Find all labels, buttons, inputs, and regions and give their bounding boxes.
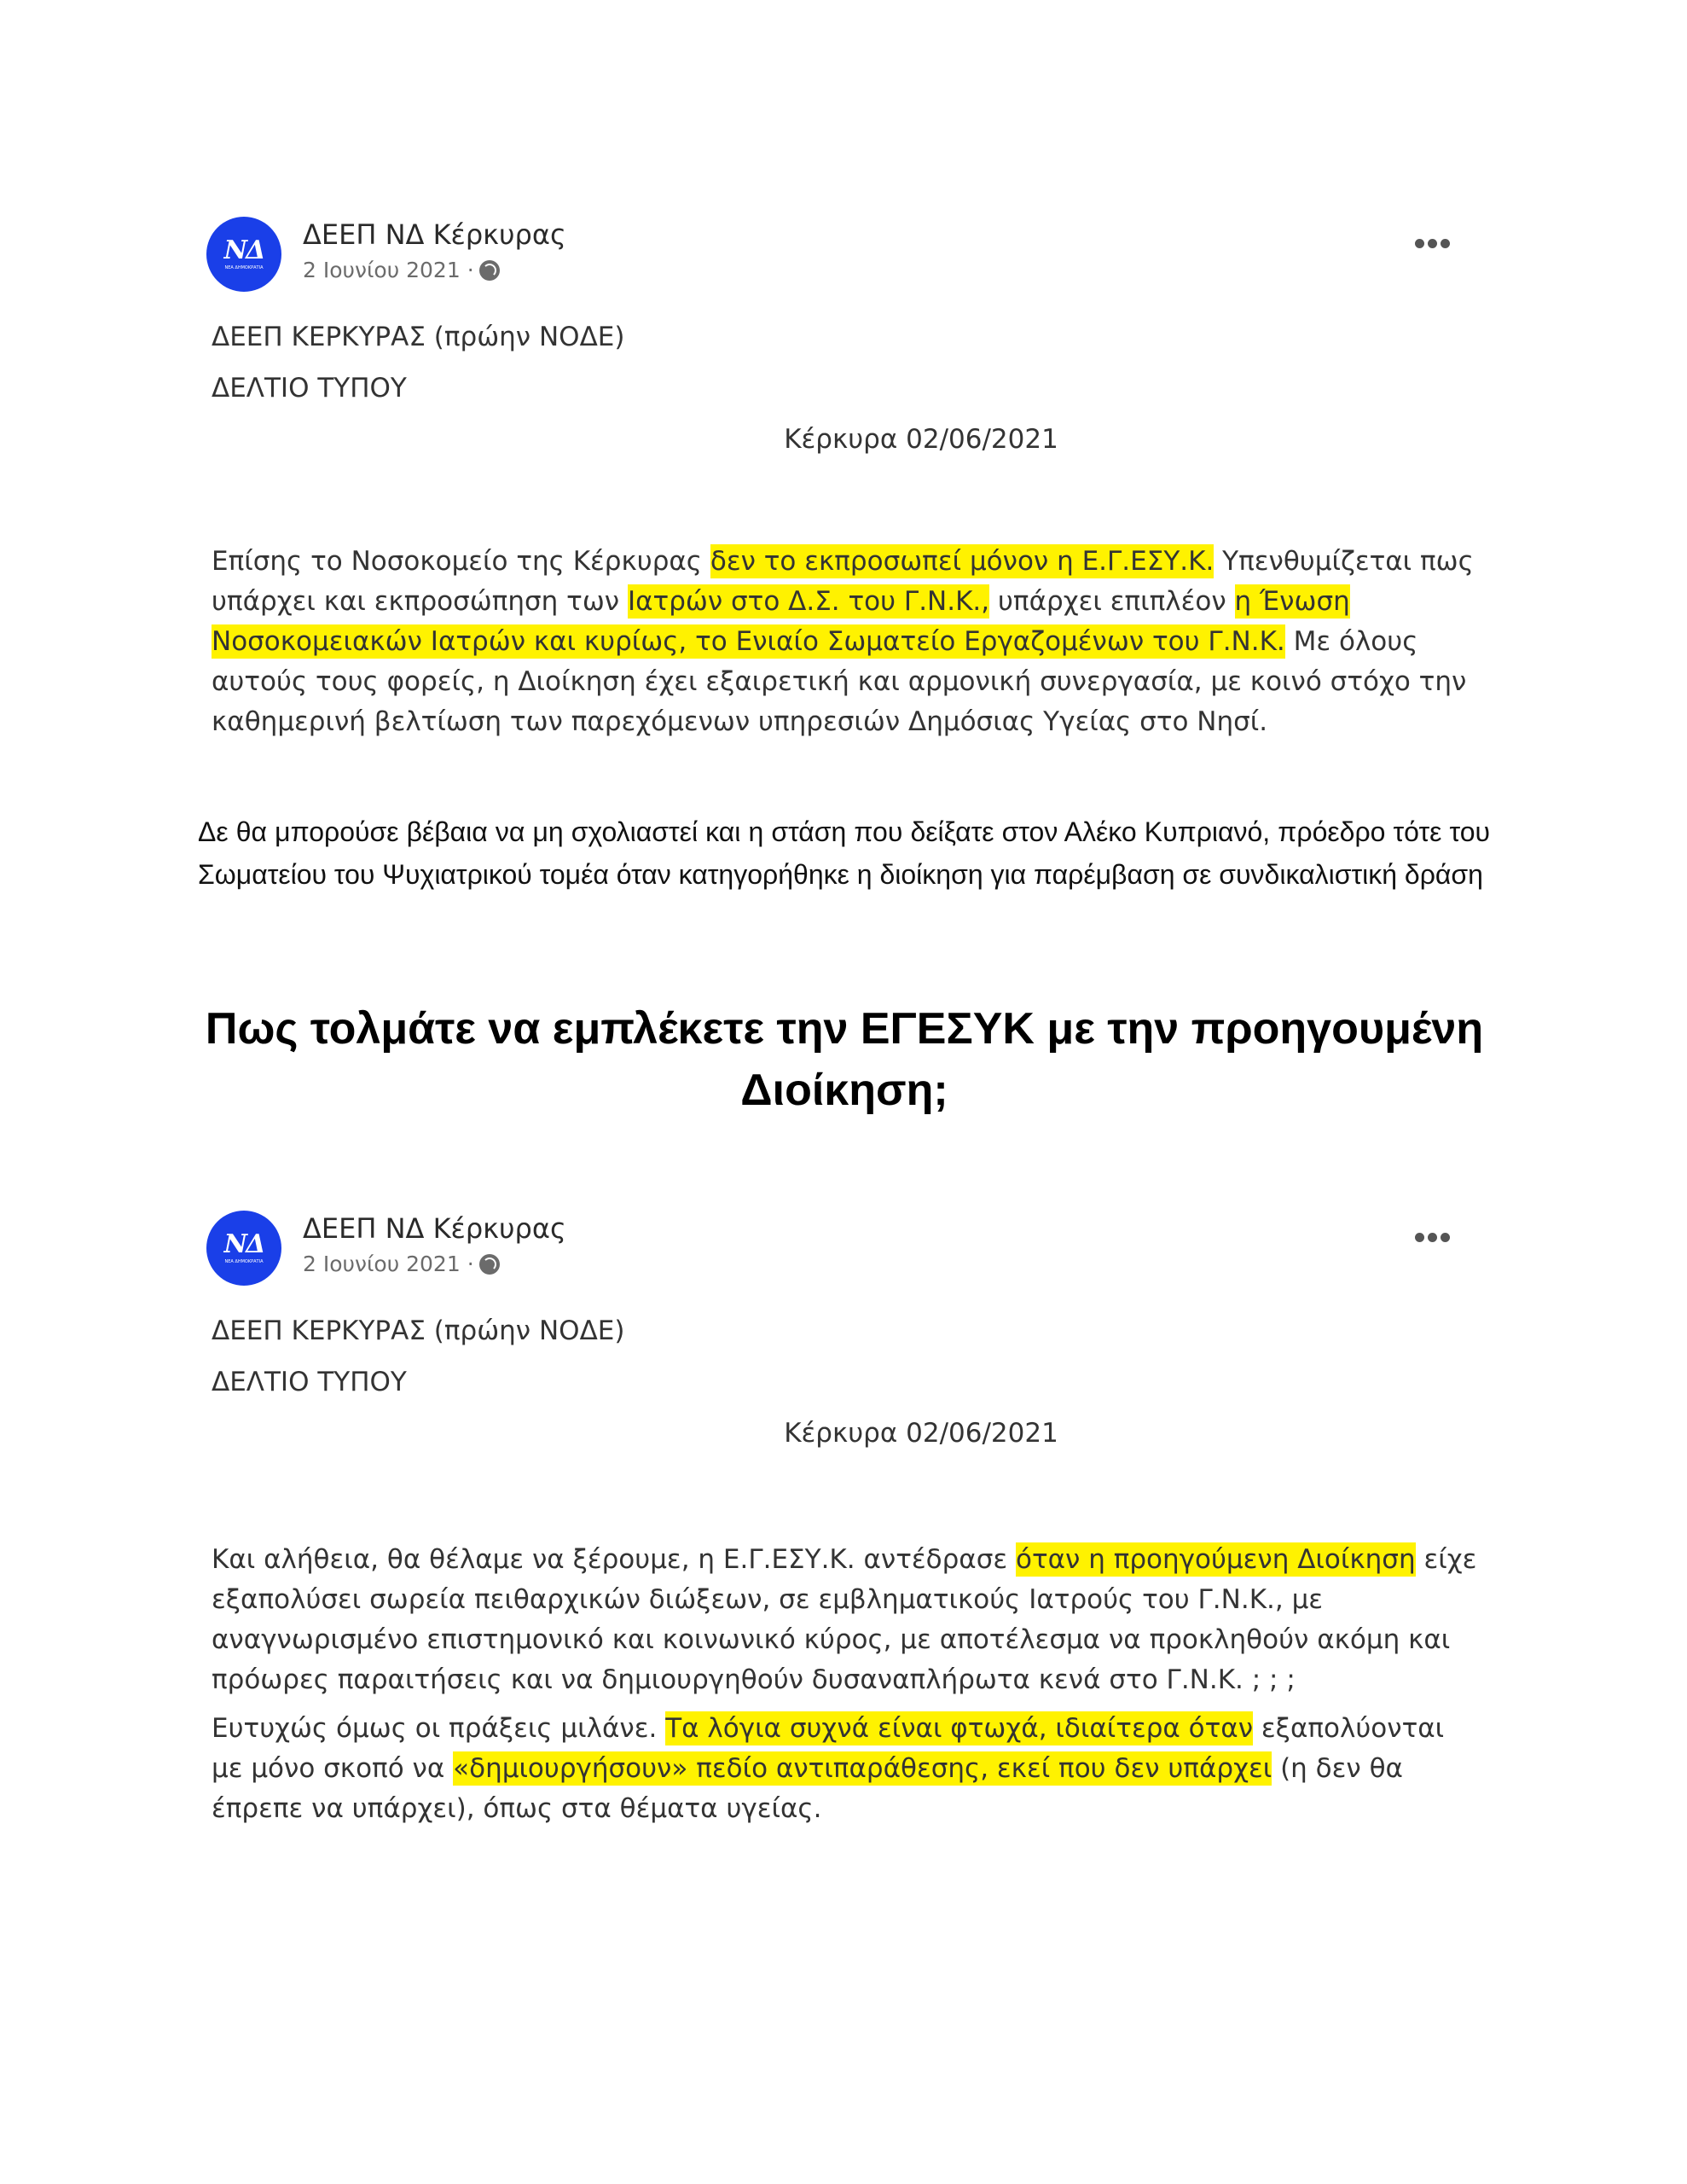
- post-press-release-label: ΔΕΛΤΙΟ ΤΥΠΟΥ: [212, 363, 1493, 414]
- dot-icon: [1428, 1233, 1437, 1242]
- post-org-line: ΔΕΕΠ ΚΕΡΚΥΡΑΣ (πρώην ΝΟΔΕ): [212, 311, 1493, 363]
- post-body: Και αλήθεια, θα θέλαμε να ξέρουμε, η Ε.Γ…: [205, 1540, 1482, 1829]
- highlighted-text: δεν το εκπροσωπεί μόνον η Ε.Γ.ΕΣΥ.Κ.: [710, 544, 1214, 578]
- page-avatar[interactable]: ΝΔ ΝΕΑ ΔΗΜΟΚΡΑΤΙΑ: [206, 217, 281, 292]
- text-run: υπάρχει επιπλέον: [989, 586, 1234, 617]
- highlighted-text: όταν η προηγούμενη Διοίκηση: [1016, 1542, 1416, 1577]
- post-date[interactable]: 2 Ιουνίου 2021 ·: [303, 258, 474, 282]
- nd-logo-icon: ΝΔ: [224, 238, 264, 264]
- post-meta: 2 Ιουνίου 2021 ·: [303, 258, 500, 282]
- dot-icon: [1441, 239, 1450, 248]
- post-paragraph: Επίσης το Νοσοκομείο της Κέρκυρας δεν το…: [212, 542, 1482, 742]
- globe-icon: [479, 1254, 500, 1275]
- nd-logo-icon: ΝΔ: [224, 1232, 264, 1258]
- text-run: Επίσης το Νοσοκομείο της Κέρκυρας: [212, 546, 710, 577]
- post-date[interactable]: 2 Ιουνίου 2021 ·: [303, 1252, 474, 1276]
- commentary-paragraph: Δε θα μπορούσε βέβαια να μη σχολιαστεί κ…: [198, 810, 1490, 896]
- post-paragraph: Ευτυχώς όμως οι πράξεις μιλάνε. Τα λόγια…: [212, 1709, 1482, 1829]
- facebook-post-screenshot-1: ΝΔ ΝΕΑ ΔΗΜΟΚΡΑΤΙΑ ΔΕΕΠ ΝΔ Κέρκυρας 2 Ιου…: [205, 213, 1493, 776]
- dot-icon: [1428, 239, 1437, 248]
- post-place-date: Κέρκυρα 02/06/2021: [205, 1408, 1493, 1459]
- post-place-date: Κέρκυρα 02/06/2021: [205, 414, 1493, 465]
- post-header: ΝΔ ΝΕΑ ΔΗΜΟΚΡΑΤΙΑ ΔΕΕΠ ΝΔ Κέρκυρας 2 Ιου…: [205, 213, 1493, 311]
- page-name-link[interactable]: ΔΕΕΠ ΝΔ Κέρκυρας: [303, 218, 566, 251]
- more-options-button[interactable]: [1415, 1233, 1450, 1242]
- post-org-line: ΔΕΕΠ ΚΕΡΚΥΡΑΣ (πρώην ΝΟΔΕ): [212, 1305, 1493, 1356]
- text-run: Και αλήθεια, θα θέλαμε να ξέρουμε, η Ε.Γ…: [212, 1544, 1016, 1575]
- highlighted-text: Τα λόγια συχνά είναι φτωχά, ιδιαίτερα ότ…: [665, 1711, 1253, 1745]
- globe-icon: [479, 260, 500, 281]
- page-avatar[interactable]: ΝΔ ΝΕΑ ΔΗΜΟΚΡΑΤΙΑ: [206, 1211, 281, 1286]
- post-meta: 2 Ιουνίου 2021 ·: [303, 1252, 500, 1276]
- facebook-post-screenshot-2: ΝΔ ΝΕΑ ΔΗΜΟΚΡΑΤΙΑ ΔΕΕΠ ΝΔ Κέρκυρας 2 Ιου…: [205, 1207, 1493, 1890]
- avatar-subtitle: ΝΕΑ ΔΗΜΟΚΡΑΤΙΑ: [224, 1259, 263, 1264]
- highlighted-text: Ιατρών στο Δ.Σ. του Γ.Ν.Κ.,: [628, 584, 989, 619]
- dot-icon: [1415, 239, 1424, 248]
- post-press-release-label: ΔΕΛΤΙΟ ΤΥΠΟΥ: [212, 1356, 1493, 1408]
- dot-icon: [1415, 1233, 1424, 1242]
- dot-icon: [1441, 1233, 1450, 1242]
- text-run: Ευτυχώς όμως οι πράξεις μιλάνε.: [212, 1713, 665, 1744]
- headline: Πως τολμάτε να εμπλέκετε την ΕΓΕΣΥΚ με τ…: [171, 998, 1518, 1121]
- post-paragraph: Και αλήθεια, θα θέλαμε να ξέρουμε, η Ε.Γ…: [212, 1540, 1482, 1700]
- highlighted-text: «δημιουργήσουν» πεδίο αντιπαράθεσης, εκε…: [453, 1751, 1272, 1786]
- post-body: Επίσης το Νοσοκομείο της Κέρκυρας δεν το…: [205, 542, 1482, 742]
- more-options-button[interactable]: [1415, 239, 1450, 248]
- post-header: ΝΔ ΝΕΑ ΔΗΜΟΚΡΑΤΙΑ ΔΕΕΠ ΝΔ Κέρκυρας 2 Ιου…: [205, 1207, 1493, 1305]
- avatar-subtitle: ΝΕΑ ΔΗΜΟΚΡΑΤΙΑ: [224, 265, 263, 270]
- page-name-link[interactable]: ΔΕΕΠ ΝΔ Κέρκυρας: [303, 1212, 566, 1245]
